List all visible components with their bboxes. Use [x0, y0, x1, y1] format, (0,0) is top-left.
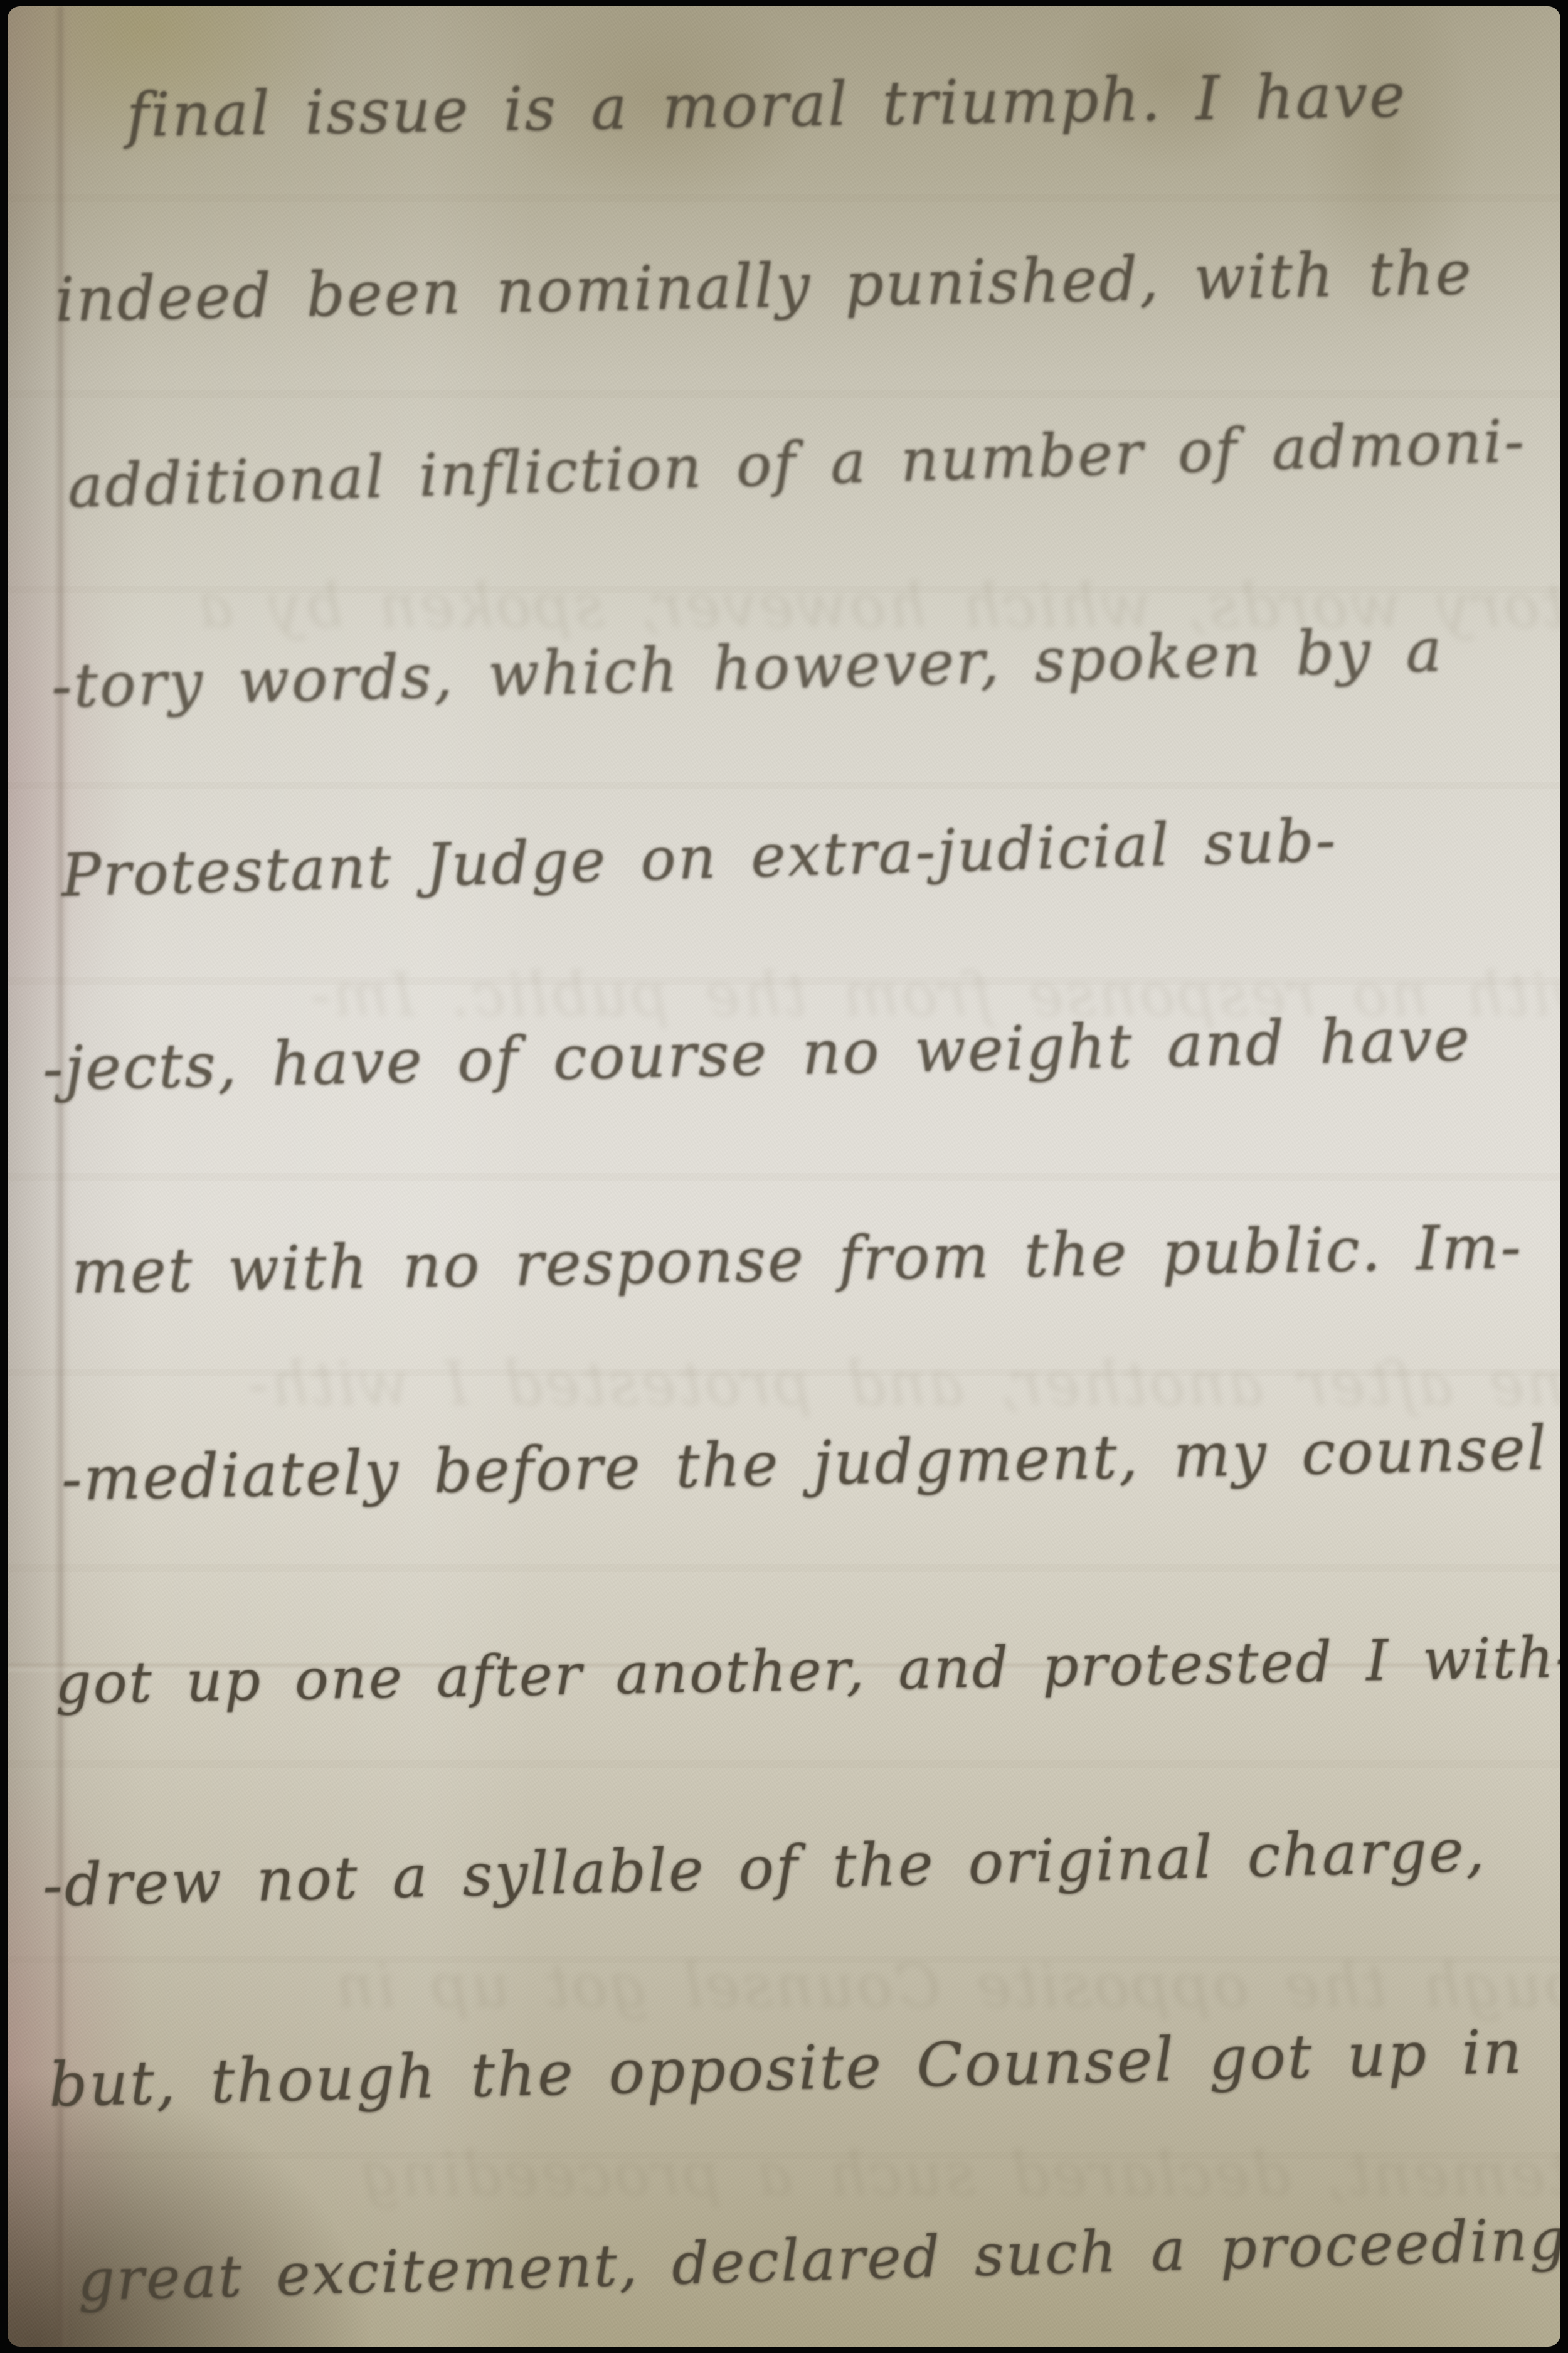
- manuscript-photo: -tory words, which however, spoken by a …: [0, 0, 1568, 2353]
- handwritten-line-6: -jects, have of course no weight and hav…: [42, 1004, 1472, 1104]
- handwritten-line-8: -mediately before the judgment, my couns…: [61, 1413, 1549, 1514]
- handwritten-line-9: got up one after another, and protested …: [55, 1625, 1560, 1717]
- vertical-fold-crease: [54, 6, 70, 2347]
- handwritten-line-4: -tory words, which however, spoken by a: [51, 615, 1444, 721]
- handwritten-line-7: met with no response from the public. Im…: [71, 1212, 1523, 1307]
- handwritten-line-2: indeed been nominally punished, with the: [55, 238, 1474, 335]
- ink-showthrough: got up one after another, and protested …: [246, 1349, 1560, 1419]
- ink-showthrough: great excitement, declared such a procee…: [359, 2139, 1560, 2209]
- ink-showthrough: but, though the opposite Counsel got up …: [334, 1951, 1560, 2021]
- handwritten-line-3: additional infliction of a number of adm…: [66, 407, 1527, 521]
- paper-laid-lines: [8, 6, 1560, 2347]
- manuscript-page: -tory words, which however, spoken by a …: [8, 6, 1560, 2347]
- handwritten-line-12: great excitement, declared such a procee…: [77, 2206, 1560, 2314]
- handwritten-line-11: but, though the opposite Counsel got up …: [48, 2017, 1525, 2120]
- handwritten-line-1: final issue is a moral triumph. I have: [126, 60, 1407, 151]
- handwritten-line-10: -drew not a syllable of the original cha…: [42, 1817, 1487, 1920]
- handwritten-line-5: Protestant Judge on extra-judicial sub-: [60, 806, 1338, 910]
- paper-grain-texture: [8, 6, 1560, 2347]
